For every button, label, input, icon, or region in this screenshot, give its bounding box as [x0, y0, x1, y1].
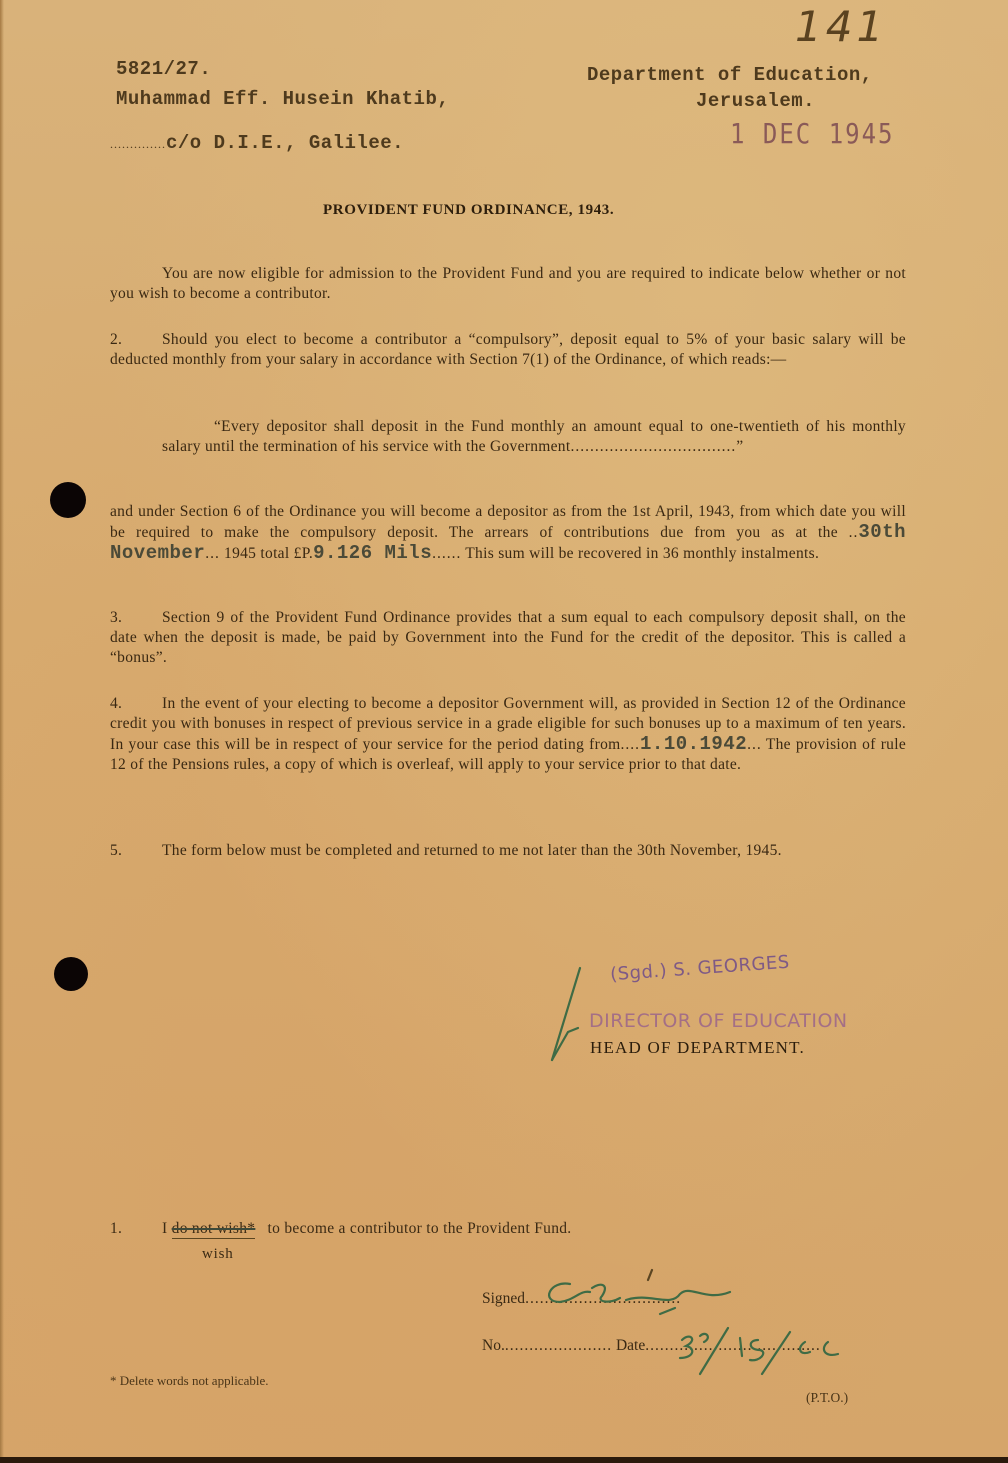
paragraph-2: 2.Should you elect to become a contribut…	[110, 330, 906, 370]
care-of-dots: ..............	[110, 137, 166, 151]
sender-city: Jerusalem.	[696, 90, 815, 112]
paragraph-2-continued: and under Section 6 of the Ordinance you…	[110, 502, 906, 564]
paragraph-5-number: 5.	[110, 841, 162, 861]
addressee-care-of: c/o D.I.E., Galilee.	[166, 132, 404, 154]
paragraph-1-text: You are now eligible for admission to th…	[110, 265, 906, 302]
service-date-field: 1.10.1942	[640, 733, 747, 755]
choice-remaining-option[interactable]: wish	[202, 1246, 234, 1263]
addressee-care-of-line: ..............c/o D.I.E., Galilee.	[110, 132, 404, 154]
contribution-choice-line: 1.I do not wish* to become a contributor…	[110, 1220, 572, 1238]
director-of-education-stamp: DIRECTOR OF EDUCATION	[589, 1010, 848, 1032]
addressee-name: Muhammad Eff. Husein Khatib,	[116, 88, 449, 110]
service-date-dots-left: ....	[621, 736, 641, 753]
form-item-number: 1.	[110, 1220, 162, 1238]
document-title: PROVIDENT FUND ORDINANCE, 1943.	[323, 202, 614, 219]
paragraph-5-text: The form below must be completed and ret…	[162, 842, 782, 859]
head-of-department-label: HEAD OF DEPARTMENT.	[590, 1038, 805, 1058]
arrears-date-dots-right: ...	[205, 545, 220, 562]
handwritten-signature	[530, 1262, 760, 1322]
currency-label: £P.	[294, 545, 313, 562]
service-date-dots-right: ..	[747, 736, 757, 753]
received-date-stamp: 1 DEC 1945	[730, 118, 895, 150]
arrears-text-3: This sum will be recovered in 36 monthly…	[465, 545, 819, 562]
punch-hole-bottom	[54, 957, 88, 991]
date-label: Date	[616, 1337, 645, 1354]
choice-struck-out[interactable]: do not wish*	[172, 1220, 256, 1239]
section-7-quote: “Every depositor shall deposit in the Fu…	[162, 417, 906, 457]
arrears-amount-dots: ......	[432, 545, 461, 562]
number-field[interactable]: ......................	[505, 1337, 612, 1354]
arrears-text-2: 1945 total	[224, 545, 289, 562]
footnote: * Delete words not applicable.	[110, 1373, 268, 1389]
paragraph-2-text: Should you elect to become a contributor…	[110, 331, 906, 368]
number-label: No.	[482, 1337, 505, 1354]
page-bottom-edge	[0, 1457, 1008, 1463]
paragraph-3-number: 3.	[110, 608, 162, 628]
quote-text: “Every depositor shall deposit in the Fu…	[162, 418, 906, 455]
folio-number: 141	[795, 2, 887, 51]
signed-label: Signed	[482, 1290, 525, 1307]
paragraph-3-text: Section 9 of the Provident Fund Ordinanc…	[110, 609, 906, 666]
arrears-text-1: and under Section 6 of the Ordinance you…	[110, 503, 906, 541]
form-pronoun: I	[162, 1220, 167, 1237]
sender-department: Department of Education,	[587, 64, 873, 86]
paragraph-1: You are now eligible for admission to th…	[110, 264, 906, 304]
punch-hole-top	[50, 482, 86, 518]
please-turn-over-label: (P.T.O.)	[806, 1390, 848, 1406]
paragraph-3: 3.Section 9 of the Provident Fund Ordina…	[110, 608, 906, 668]
paragraph-4-number: 4.	[110, 694, 162, 714]
quote-dots: ..................................	[570, 438, 736, 455]
paragraph-5: 5.The form below must be completed and r…	[110, 841, 906, 861]
handwritten-date	[670, 1318, 870, 1378]
paragraph-2-number: 2.	[110, 330, 162, 350]
quote-close: ”	[736, 438, 743, 455]
contribution-statement: to become a contributor to the Provident…	[268, 1220, 572, 1237]
paragraph-4: 4.In the event of your electing to becom…	[110, 694, 906, 775]
file-reference: 5821/27.	[116, 58, 211, 80]
page-edge-shadow	[0, 0, 4, 1463]
arrears-amount-field: 9.126 Mils	[313, 542, 432, 564]
arrears-date-dots-left: ..	[849, 524, 859, 541]
